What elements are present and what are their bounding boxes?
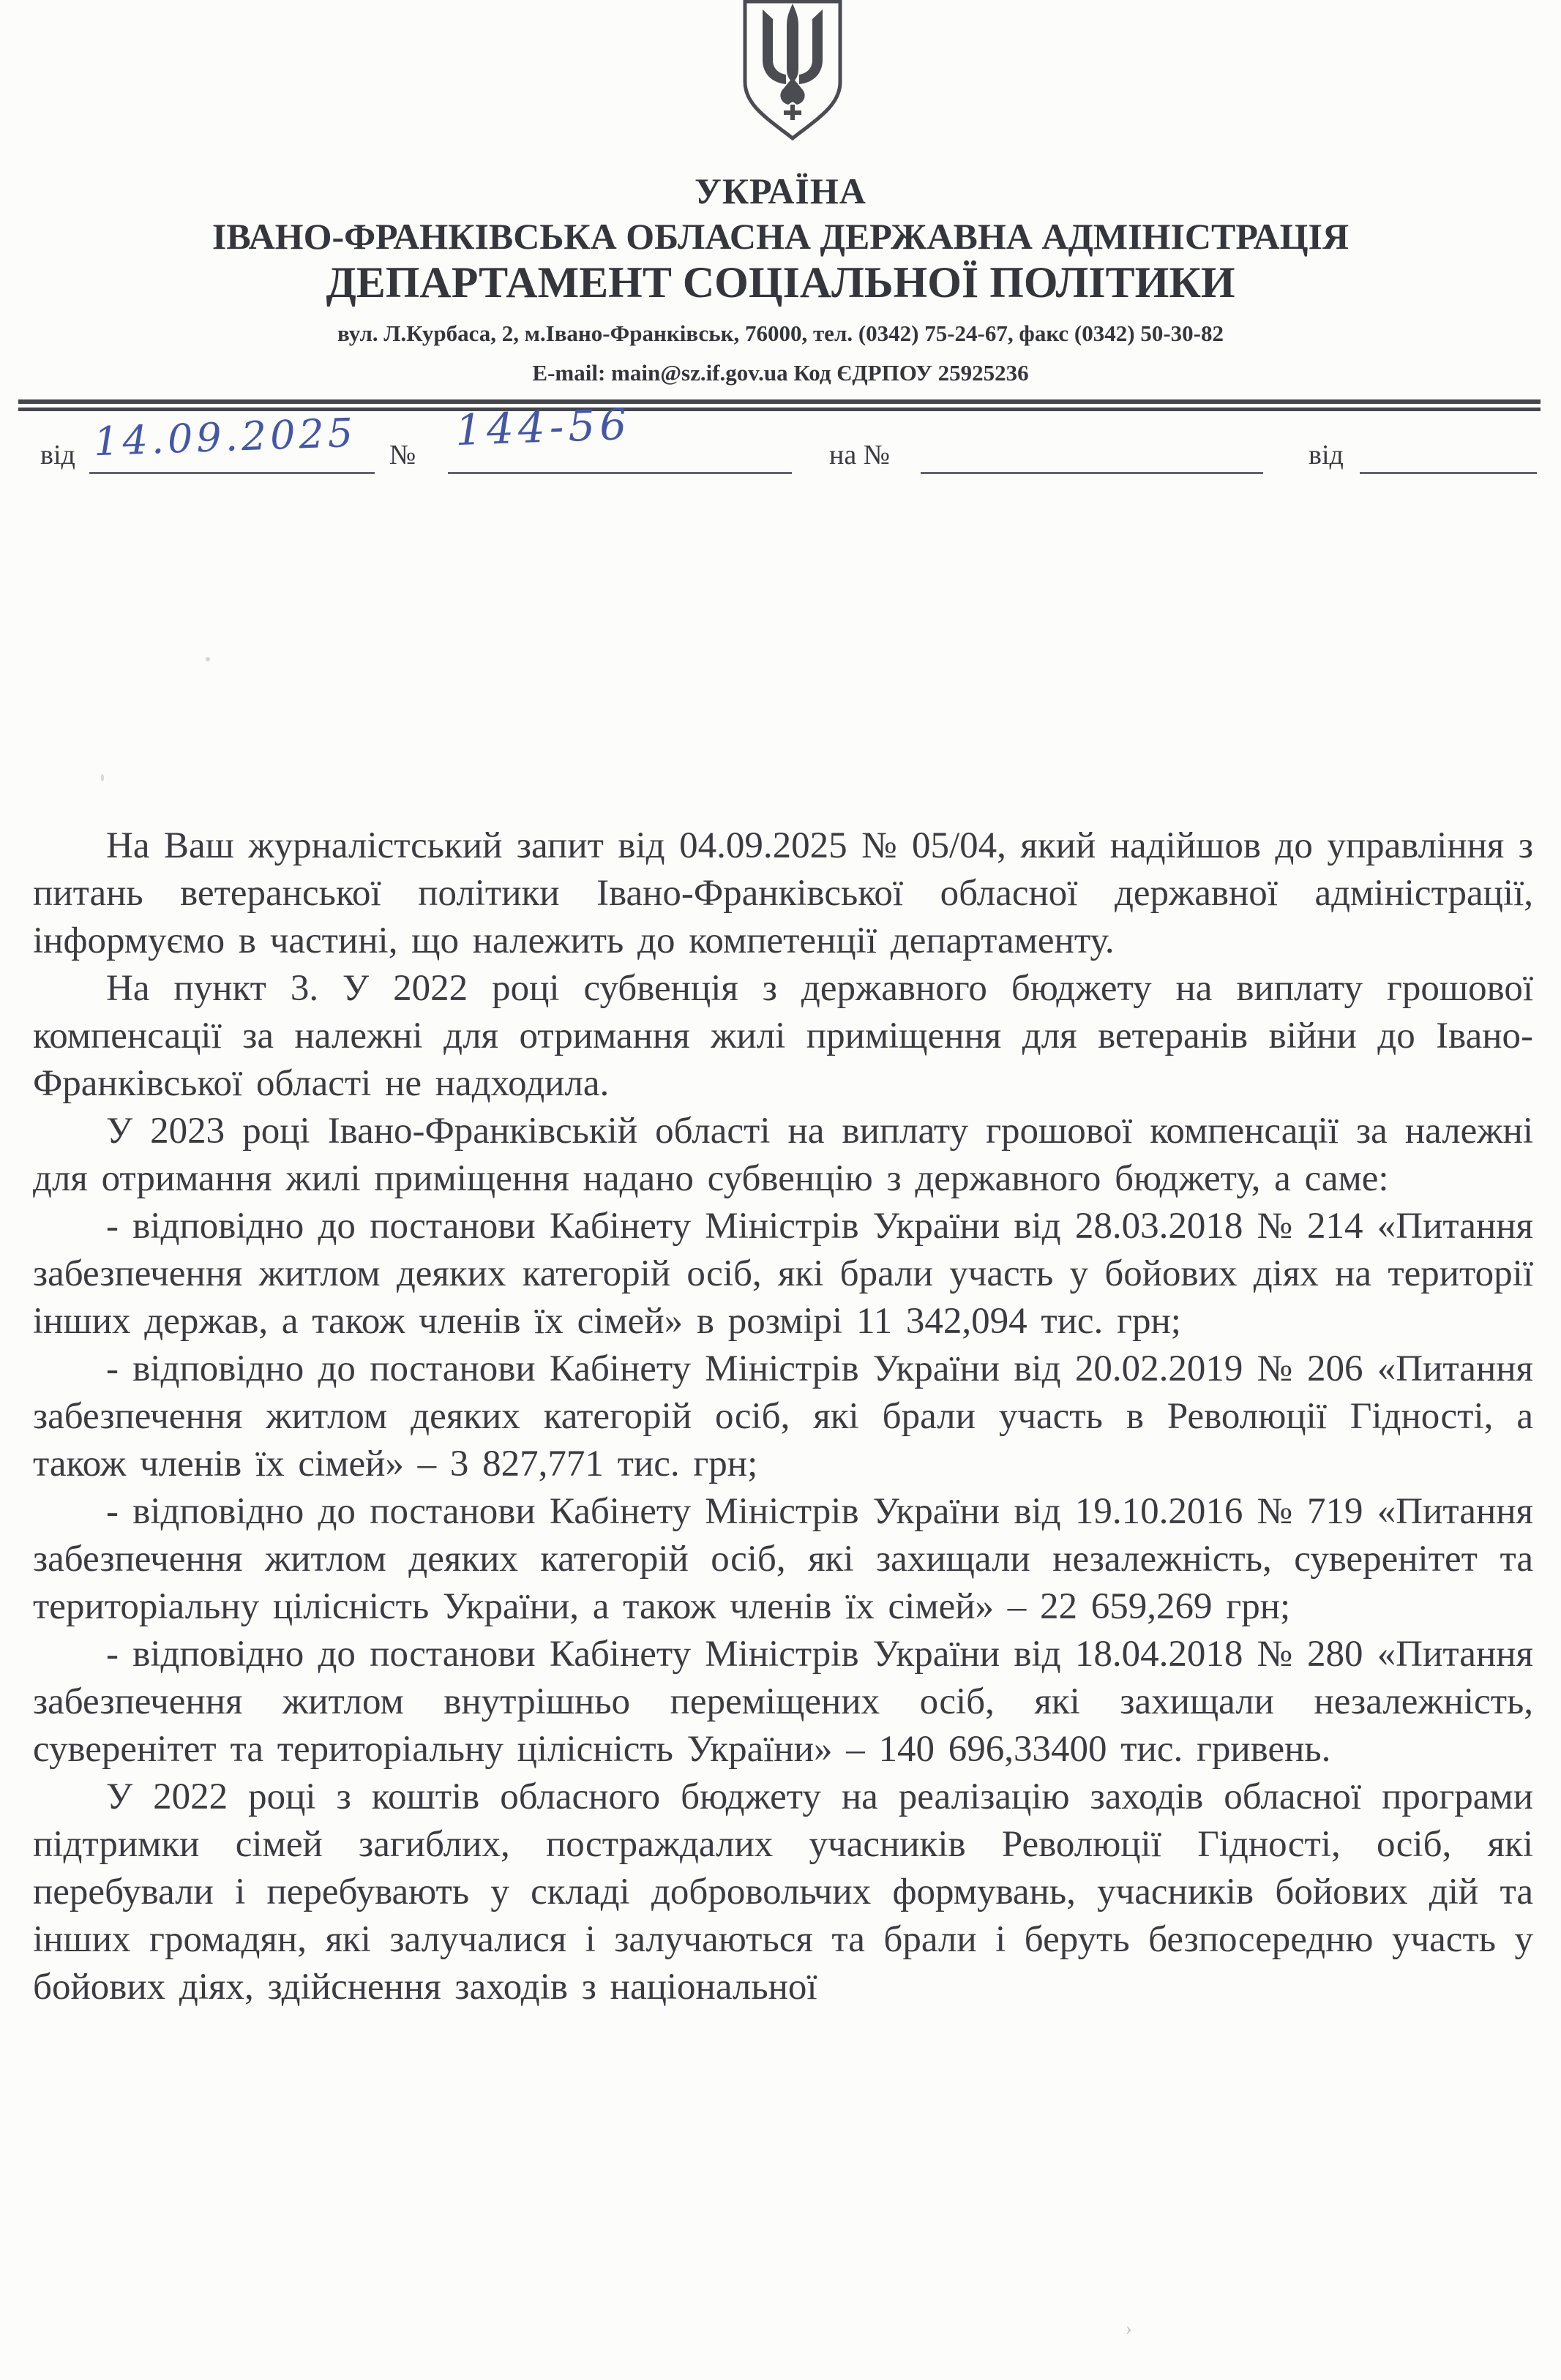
reply-to-number-underline: [921, 472, 1263, 474]
body-paragraph: На Ваш журналістський запит від 04.09.20…: [33, 822, 1533, 965]
header-email-line: E-mail: main@sz.if.gov.ua Код ЄДРПОУ 259…: [0, 360, 1561, 386]
header-divider-thin: [18, 408, 1541, 411]
outgoing-date-underline: [89, 472, 375, 474]
header-country: УКРАЇНА: [0, 170, 1561, 212]
reply-to-date-underline: [1360, 472, 1537, 474]
handwritten-outgoing-number: 144-56: [454, 399, 632, 455]
body-paragraph: - відповідно до постанови Кабінету Мініс…: [33, 1488, 1533, 1631]
body-paragraph: На пункт 3. У 2022 році субвенція з держ…: [33, 965, 1533, 1108]
scan-speck: [101, 774, 104, 781]
handwritten-outgoing-date: 14.09.2025: [93, 410, 357, 465]
body-paragraph: У 2023 році Івано-Франківській області н…: [33, 1108, 1533, 1203]
outgoing-number-underline: [448, 472, 792, 474]
body-paragraph: У 2022 році з коштів обласного бюджету н…: [33, 1773, 1533, 2011]
body-paragraph: - відповідно до постанови Кабінету Мініс…: [33, 1203, 1533, 1345]
scanned-letter-page: УКРАЇНА ІВАНО-ФРАНКІВСЬКА ОБЛАСНА ДЕРЖАВ…: [0, 0, 1561, 2380]
header-divider-thick: [18, 399, 1541, 404]
outgoing-date-label: від: [40, 439, 75, 471]
reply-to-date-label: від: [1309, 439, 1344, 471]
trident-icon: [738, 0, 847, 140]
reply-to-number-label: на №: [829, 439, 890, 471]
ukraine-trident-emblem: [738, 0, 847, 140]
letter-body: На Ваш журналістський запит від 04.09.20…: [33, 822, 1533, 2011]
header-department: ДЕПАРТАМЕНТ СОЦІАЛЬНОЇ ПОЛІТИКИ: [0, 258, 1561, 308]
header-administration: ІВАНО-ФРАНКІВСЬКА ОБЛАСНА ДЕРЖАВНА АДМІН…: [0, 215, 1561, 258]
body-paragraph: - відповідно до постанови Кабінету Мініс…: [33, 1631, 1533, 1773]
scan-speck: [206, 657, 210, 661]
body-paragraph: - відповідно до постанови Кабінету Мініс…: [33, 1345, 1533, 1488]
header-address-line: вул. Л.Курбаса, 2, м.Івано-Франківськ, 7…: [0, 320, 1561, 347]
outgoing-number-label: №: [389, 439, 416, 471]
